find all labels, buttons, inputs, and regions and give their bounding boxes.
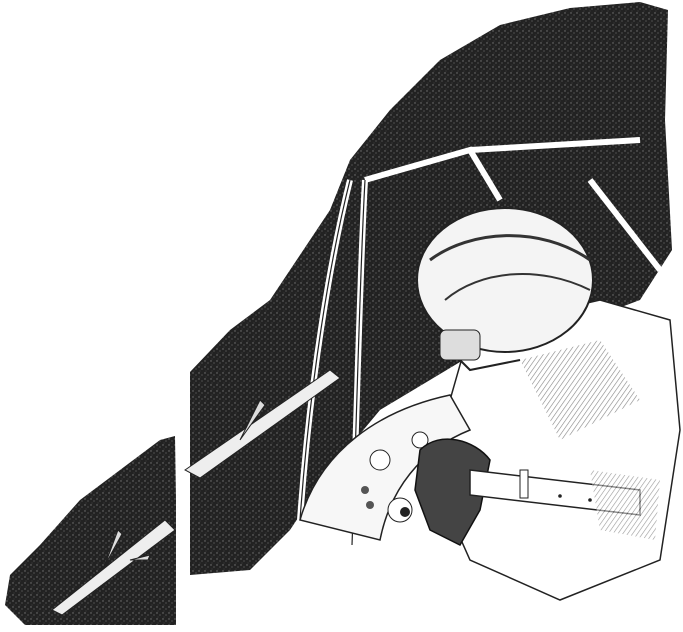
illustration: [0, 0, 683, 632]
